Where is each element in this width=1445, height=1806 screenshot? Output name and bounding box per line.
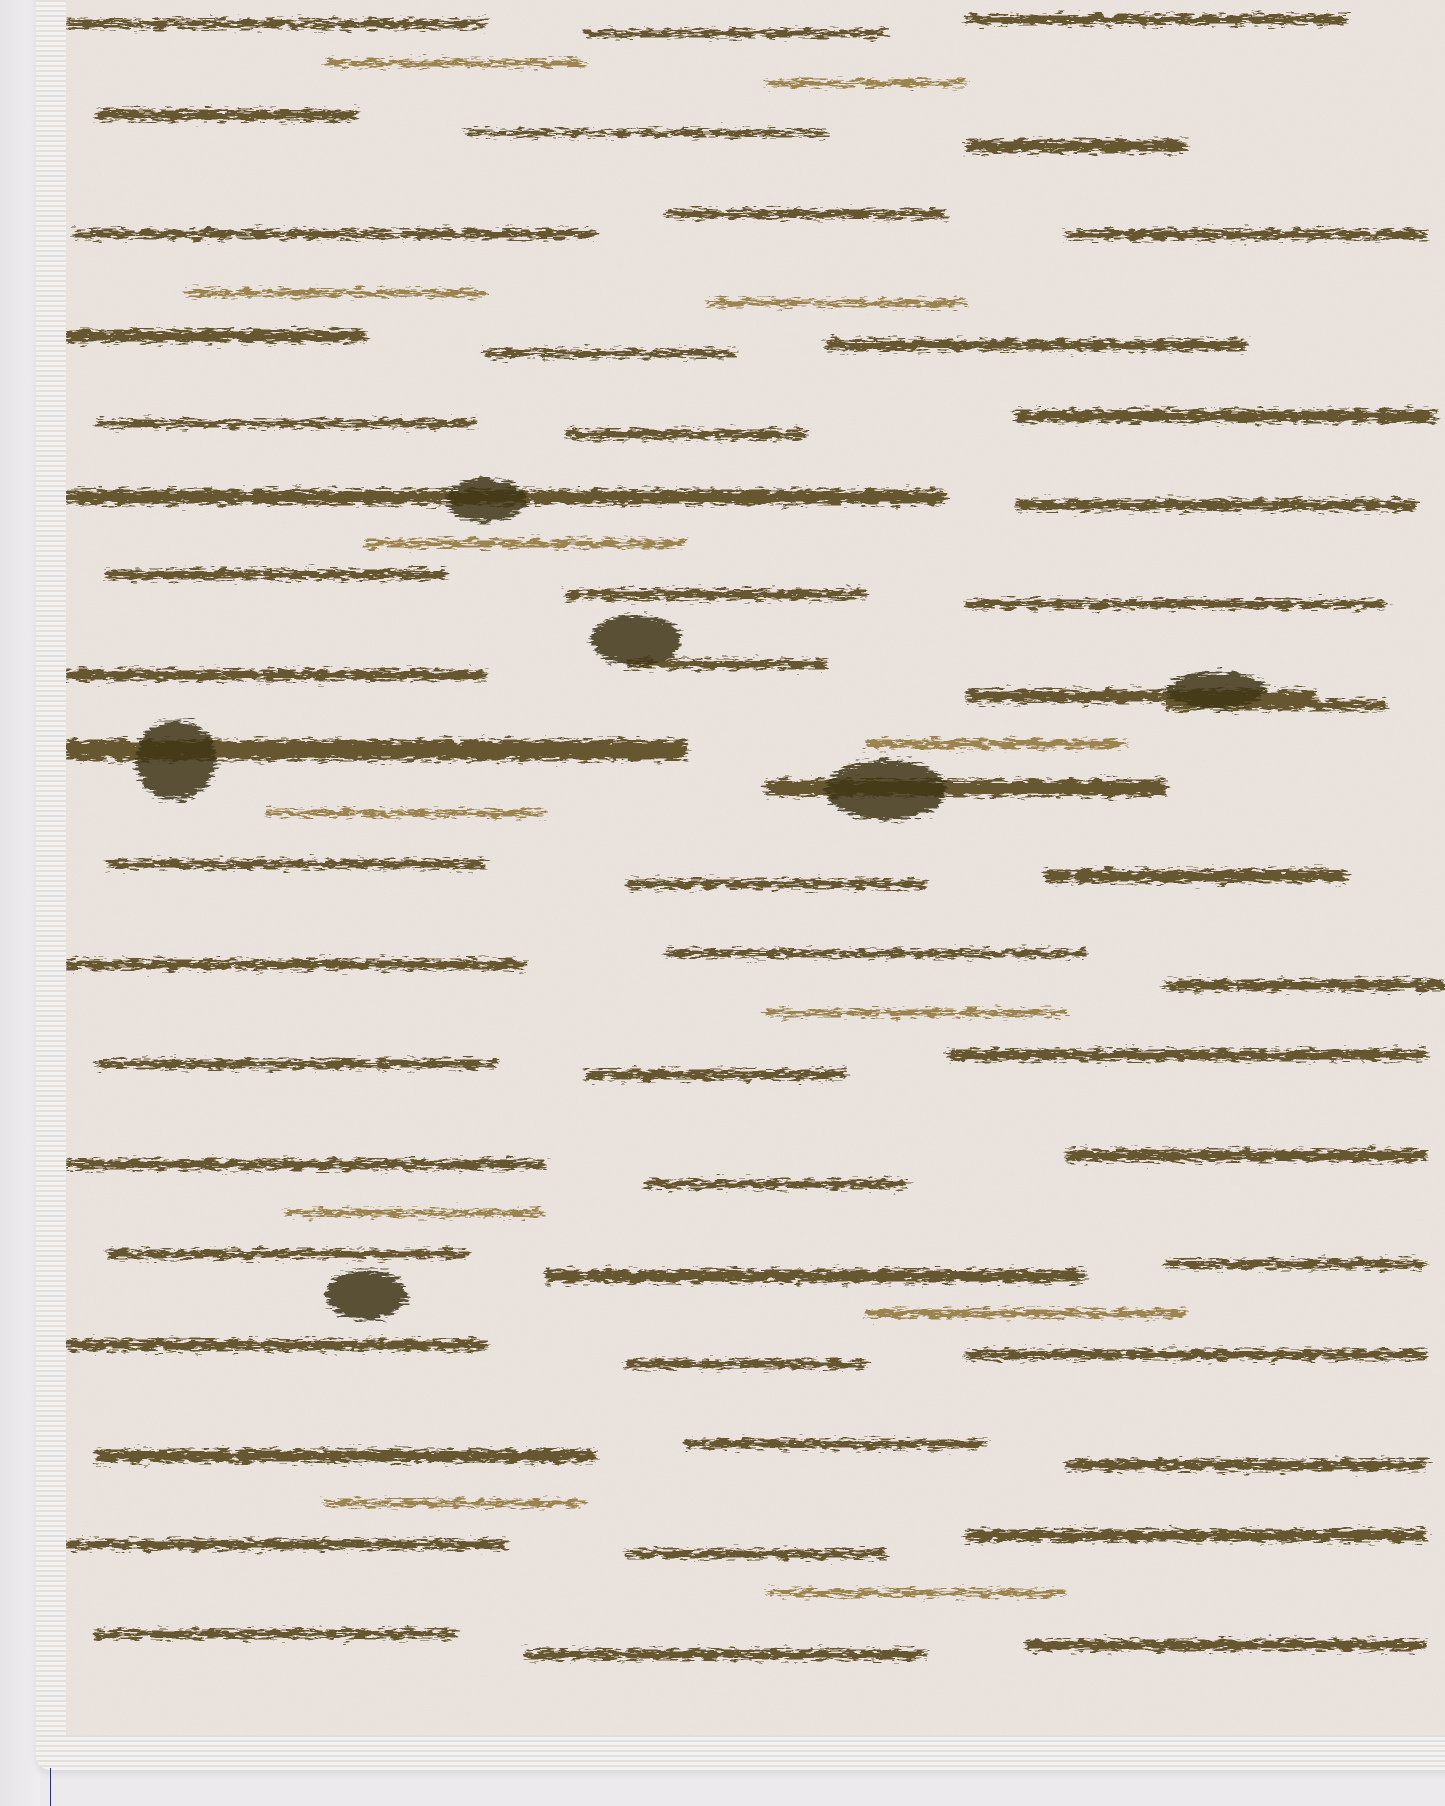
rug-photo [0,0,1445,1806]
floor-background [0,0,40,1806]
distressed-pattern [66,0,1445,1735]
stray-mark [50,1768,51,1806]
rug-pattern-field [66,0,1445,1735]
